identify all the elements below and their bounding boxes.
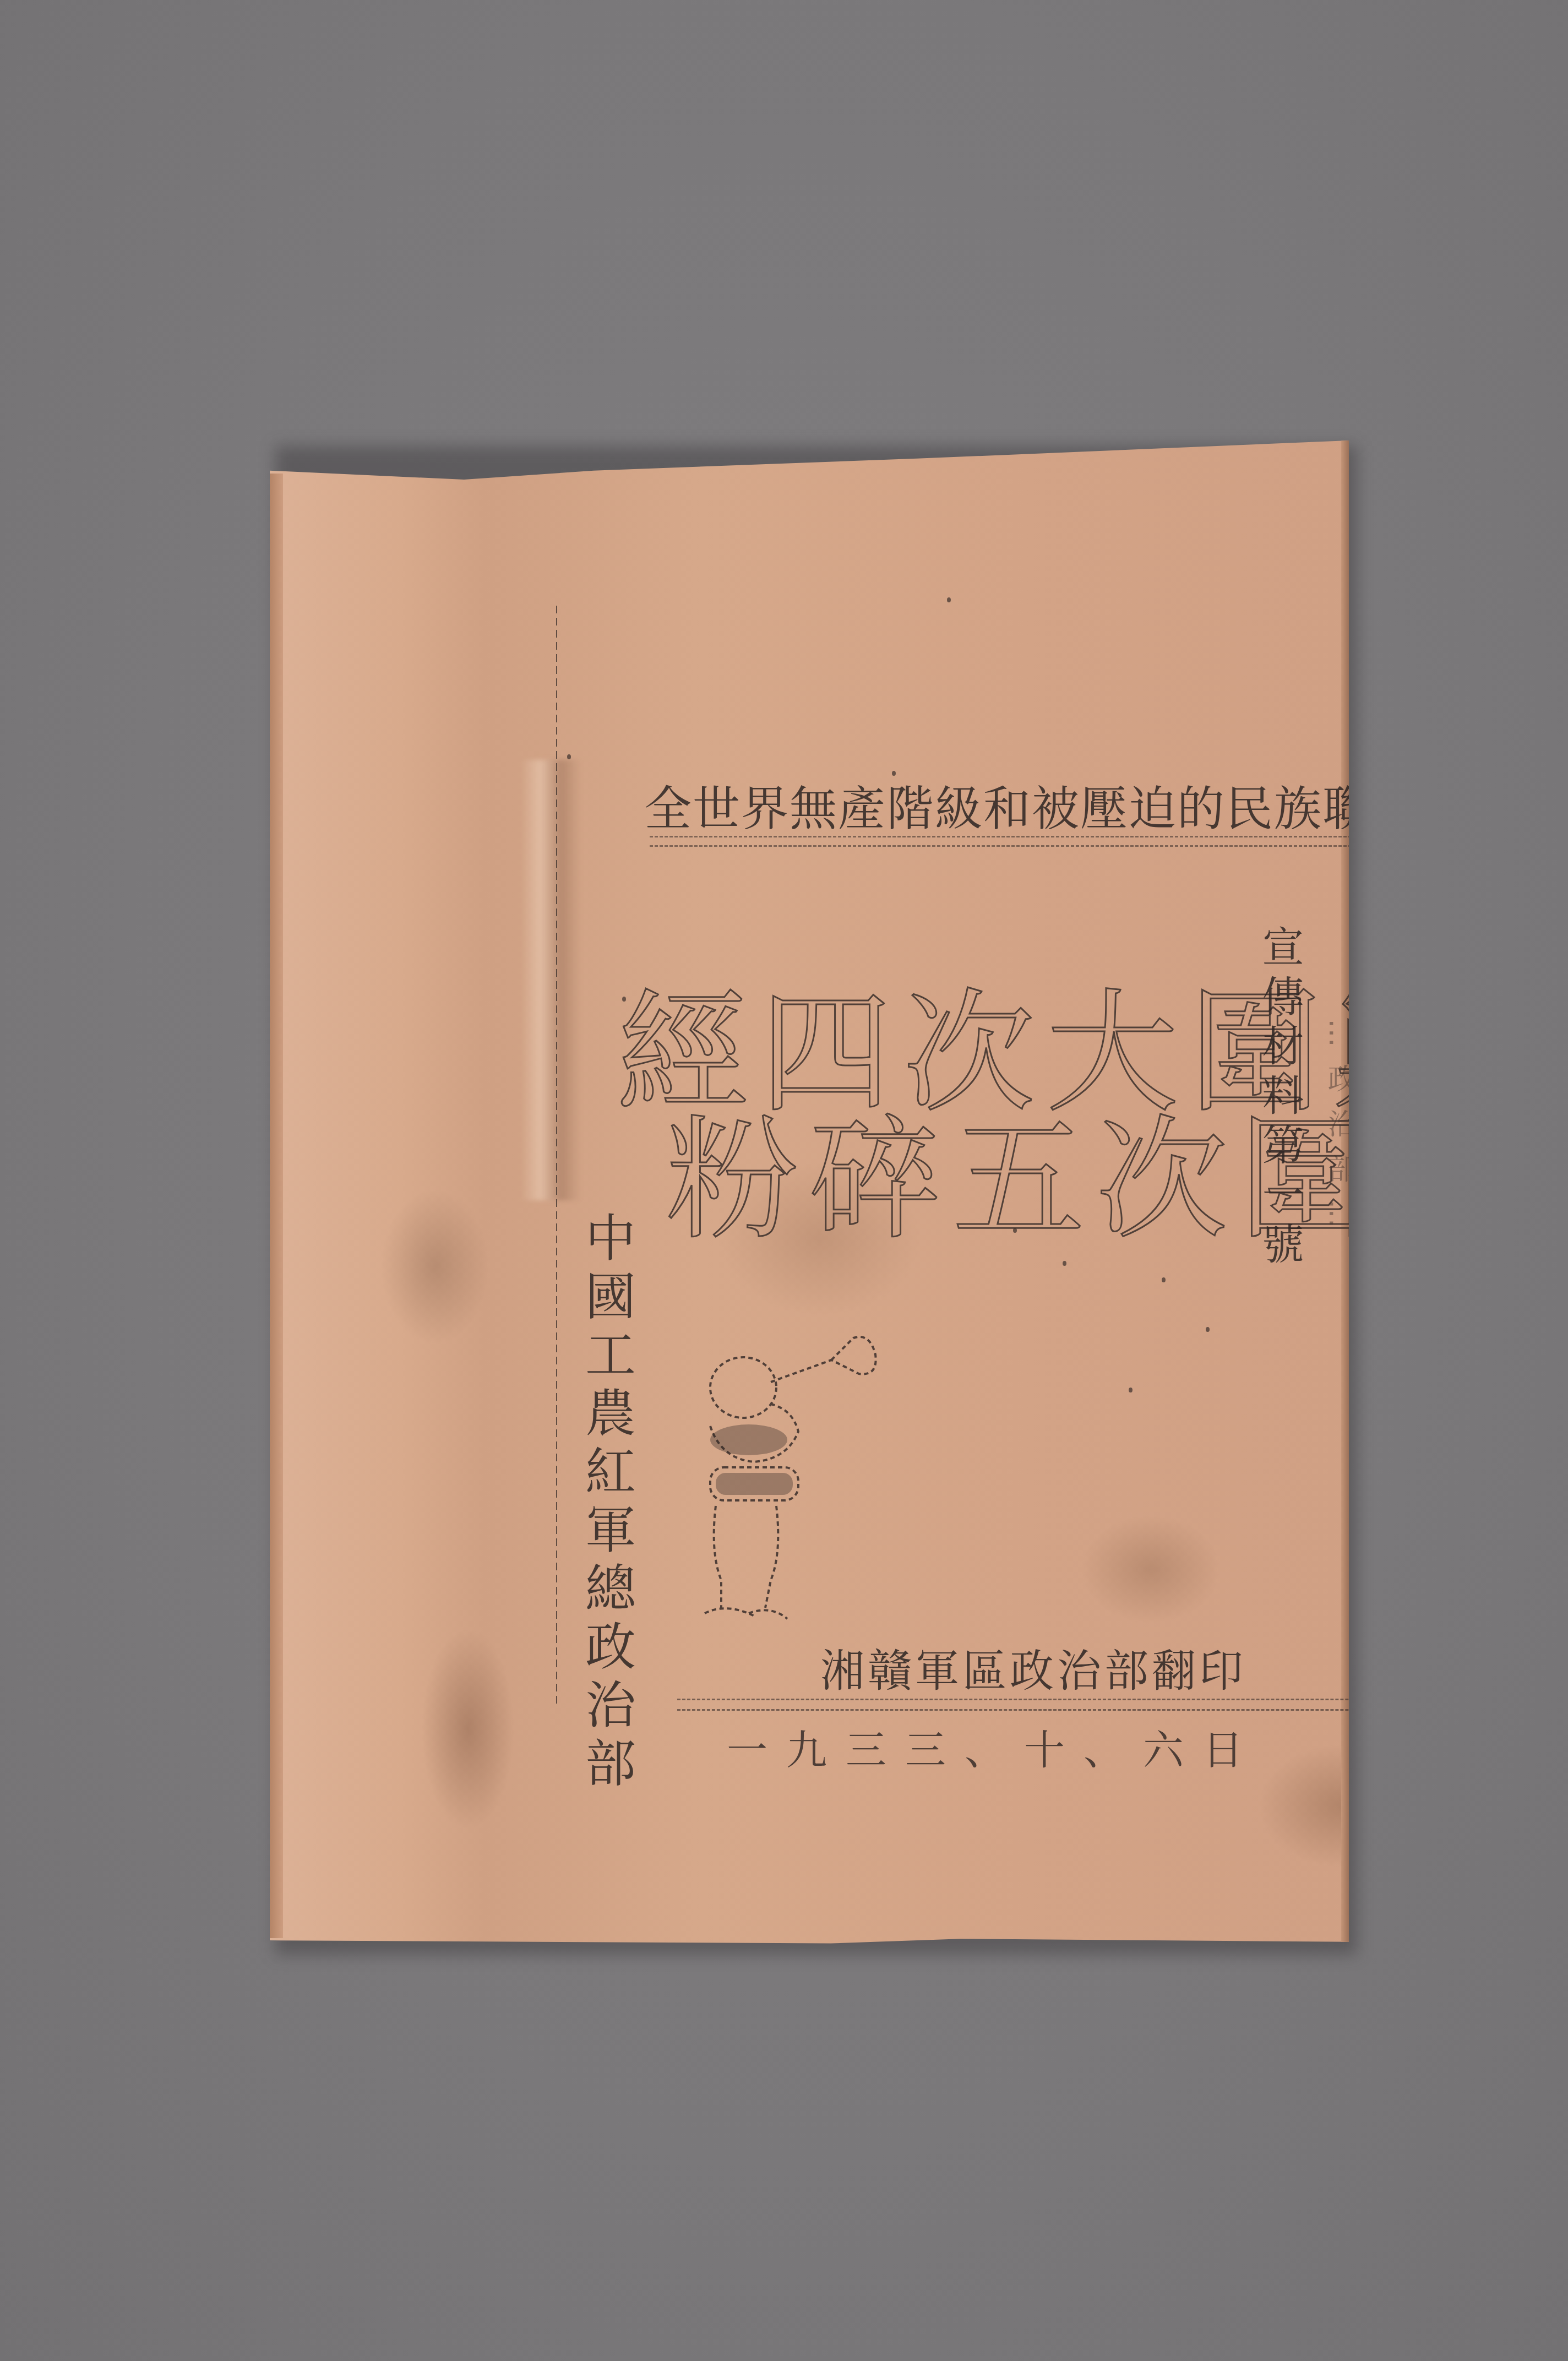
ink-dot bbox=[1063, 1261, 1066, 1266]
ink-dot bbox=[1013, 1228, 1017, 1233]
publisher-label: 中國工農紅軍總政治部 bbox=[570, 1211, 643, 1795]
printer-credit: 湘贛軍區政治部翻印 bbox=[820, 1635, 1404, 1699]
ink-dot bbox=[567, 754, 571, 759]
ink-dot bbox=[892, 771, 896, 776]
dotted-fold-line bbox=[556, 606, 557, 1707]
paper-crease bbox=[520, 760, 581, 1200]
publication-date: 一九三三、十、六日 bbox=[727, 1718, 1262, 1776]
ink-dot bbox=[1206, 1327, 1210, 1332]
ink-dot bbox=[1162, 1277, 1166, 1282]
ink-dot bbox=[1129, 1388, 1133, 1392]
ink-dot bbox=[622, 997, 626, 1002]
bugler-figure-icon bbox=[688, 1321, 897, 1630]
ink-dot bbox=[947, 597, 951, 602]
spine-edge bbox=[270, 474, 283, 1938]
issue-label: 宣傳材料第一號 bbox=[1250, 925, 1310, 1272]
booklet-cover: 全世界無產階級和被壓迫的民族聯合起來！ 經四次大圍剿 粉碎五次圍剿 宣傳材料第一… bbox=[270, 440, 1349, 1946]
